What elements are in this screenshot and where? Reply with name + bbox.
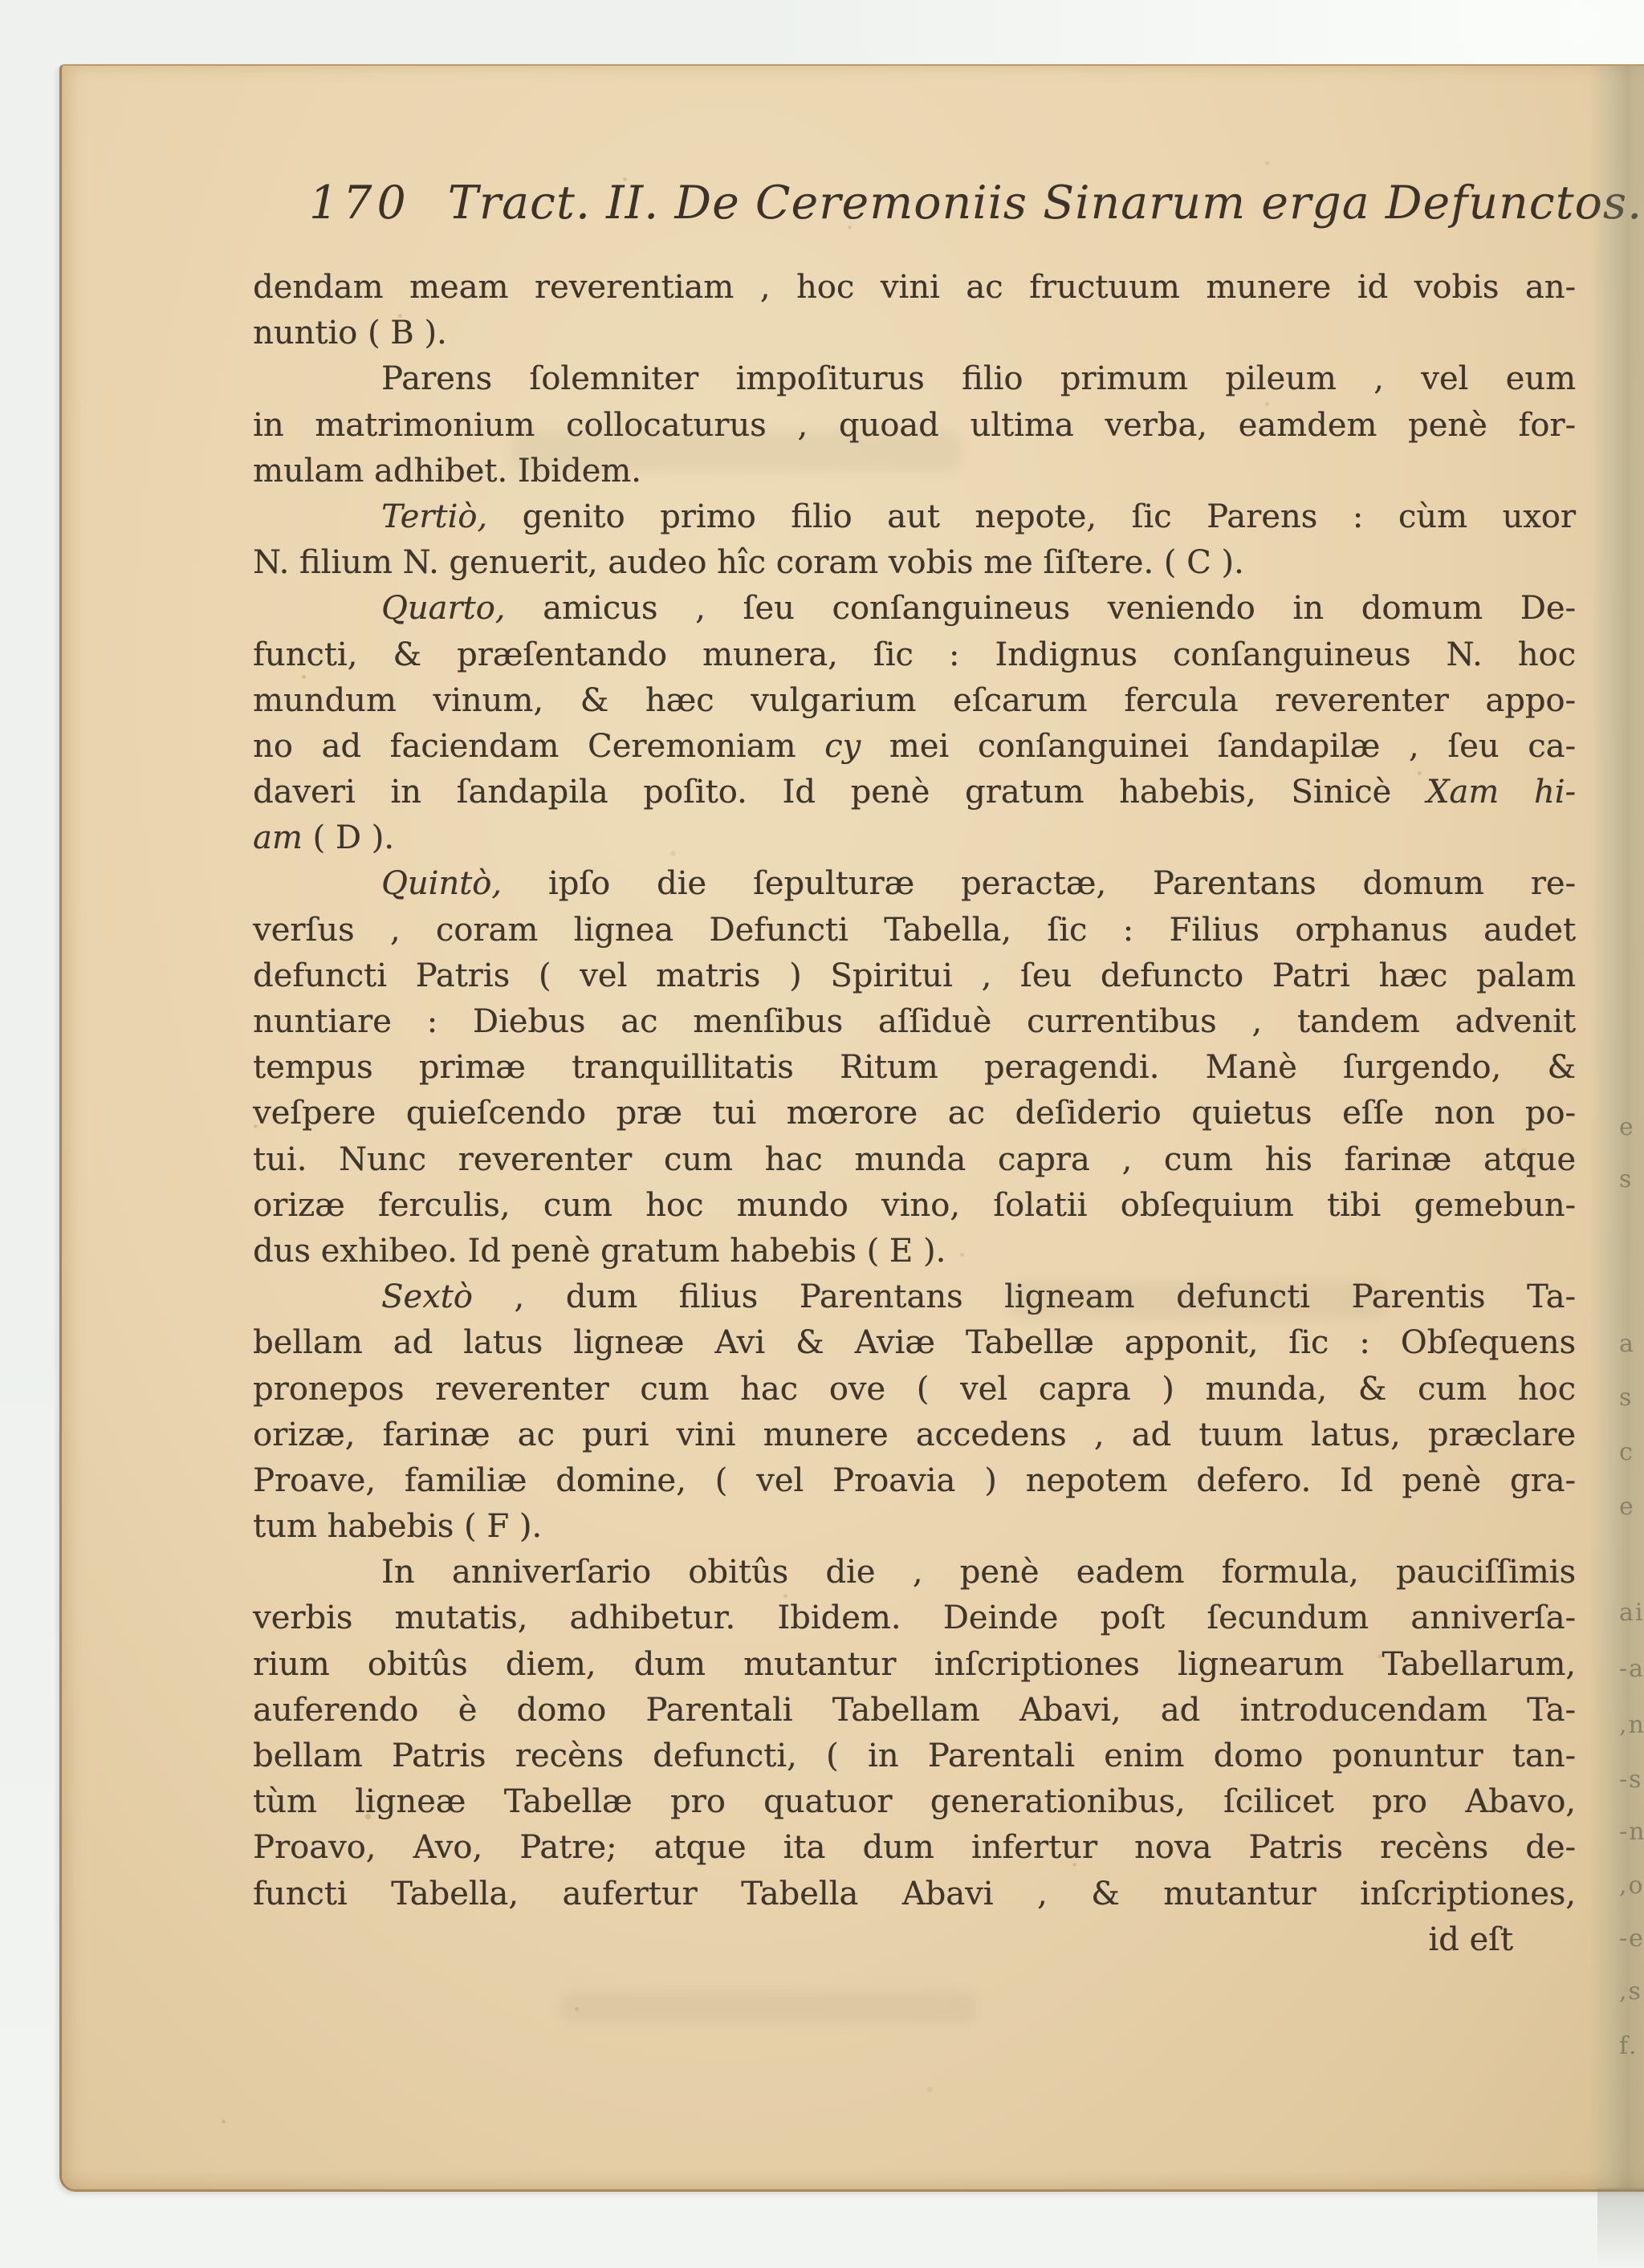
text-run: ipſo die ſepulturæ peractæ, Parentans do…	[502, 865, 1576, 902]
show-through-smudge	[560, 1990, 977, 2024]
text-run: tempus primæ tranquillitatis Ritum perag…	[253, 1049, 1576, 1086]
text-run: nuntio ( B ).	[253, 315, 447, 352]
body-text: dendam meam reverentiam , hoc vini ac fr…	[253, 265, 1576, 1963]
text-run: mulam adhibet. Ibidem.	[253, 453, 641, 490]
text-line: functi Tabella, aufertur Tabella Abavi ,…	[253, 1872, 1576, 1917]
text-run: verbis mutatis, adhibetur. Ibidem. Deind…	[253, 1599, 1576, 1636]
bleed-fragment: a	[1619, 1330, 1635, 1358]
text-line: orizæ ferculis, cum hoc mundo vino, ſola…	[253, 1183, 1576, 1229]
text-run: functi Tabella, aufertur Tabella Abavi ,…	[253, 1876, 1576, 1912]
text-line: dendam meam reverentiam , hoc vini ac fr…	[253, 265, 1576, 311]
text-run: tum habebis ( F ).	[253, 1508, 542, 1545]
text-line: veſpere quieſcendo præ tui mœrore ac deſ…	[253, 1091, 1576, 1136]
text-run: no ad faciendam Ceremoniam	[253, 728, 824, 765]
text-run: dendam meam reverentiam , hoc vini ac fr…	[253, 269, 1576, 306]
text-line: Sextò , dum filius Parentans ligneam def…	[253, 1274, 1576, 1320]
text-line: Parens ſolemniter impoſiturus filio prim…	[253, 356, 1576, 402]
text-run: , dum filius Parentans ligneam defuncti …	[473, 1278, 1576, 1315]
text-run: genito primo filio aut nepote, ſic Paren…	[487, 498, 1576, 535]
text-line: auferendo è domo Parentali Tabellam Abav…	[253, 1688, 1576, 1734]
text-run: id eſt	[1428, 1921, 1513, 1958]
text-run: Proavo, Avo, Patre; atque ita dum infert…	[253, 1829, 1576, 1866]
text-run: In anniverſario obitûs die , penè eadem …	[381, 1554, 1576, 1591]
text-run: tui. Nunc reverenter cum hac munda capra…	[253, 1141, 1576, 1178]
text-run: orizæ ferculis, cum hoc mundo vino, ſola…	[253, 1187, 1576, 1224]
text-run: Quintò,	[381, 865, 502, 902]
text-run: Proave, familiæ domine, ( vel Proavia ) …	[253, 1462, 1576, 1499]
text-run: in matrimonium collocaturus , quoad ulti…	[253, 407, 1576, 444]
text-run: Tertiò,	[381, 498, 487, 535]
text-line: pronepos reverenter cum hac ove ( vel ca…	[253, 1367, 1576, 1412]
text-line: tùm ligneæ Tabellæ pro quatuor generatio…	[253, 1779, 1576, 1825]
text-line: Proavo, Avo, Patre; atque ita dum infert…	[253, 1825, 1576, 1871]
text-run: rium obitûs diem, dum mutantur inſcripti…	[253, 1646, 1576, 1683]
bleed-fragment: ,s	[1619, 1977, 1642, 2006]
text-run: auferendo è domo Parentali Tabellam Abav…	[253, 1692, 1576, 1729]
gutter-shadow-tail	[1597, 2188, 1644, 2268]
text-run: am	[253, 819, 303, 856]
text-line: mulam adhibet. Ibidem.	[253, 449, 1576, 494]
page-number: 170	[309, 177, 411, 230]
bleed-fragment: ,o	[1619, 1872, 1644, 1900]
text-run: defuncti Patris ( vel matris ) Spiritui …	[253, 957, 1576, 994]
text-line: tum habebis ( F ).	[253, 1504, 1576, 1550]
text-line: verſus , coram lignea Defuncti Tabella, …	[253, 908, 1576, 953]
text-run: dus exhibeo. Id penè gratum habebis ( E …	[253, 1233, 946, 1270]
text-run: tùm ligneæ Tabellæ pro quatuor generatio…	[253, 1783, 1576, 1820]
text-line: functi, & præſentando munera, ſic : Indi…	[253, 632, 1576, 678]
text-line: rium obitûs diem, dum mutantur inſcripti…	[253, 1642, 1576, 1688]
text-line: mundum vinum, & hæc vulgarium eſcarum fe…	[253, 678, 1576, 724]
text-line: am ( D ).	[253, 815, 1576, 861]
bleed-fragment: s	[1619, 1165, 1633, 1193]
bleed-fragment: ai	[1619, 1599, 1644, 1627]
text-run: daveri in ſandapila poſito. Id penè grat…	[253, 774, 1426, 811]
text-line: bellam Patris recèns defuncti, ( in Pare…	[253, 1734, 1576, 1779]
text-line: nuntio ( B ).	[253, 311, 1576, 356]
text-run: verſus , coram lignea Defuncti Tabella, …	[253, 912, 1576, 949]
text-line: In anniverſario obitûs die , penè eadem …	[253, 1550, 1576, 1595]
bleed-fragment: s	[1619, 1384, 1633, 1412]
text-run: nuntiare : Diebus ac menſibus aſſiduè cu…	[253, 1003, 1576, 1040]
text-run: orizæ, farinæ ac puri vini munere accede…	[253, 1416, 1576, 1453]
text-line: defuncti Patris ( vel matris ) Spiritui …	[253, 953, 1576, 999]
text-run: mei conſanguinei ſandapilæ , ſeu ca-	[861, 728, 1576, 765]
text-line: daveri in ſandapila poſito. Id penè grat…	[253, 770, 1576, 815]
bleed-fragment: -n	[1619, 1818, 1644, 1846]
text-run: ( D ).	[303, 819, 394, 856]
bleed-fragment: -s	[1619, 1766, 1643, 1794]
text-line: tempus primæ tranquillitatis Ritum perag…	[253, 1045, 1576, 1091]
text-line: Quarto, amicus , ſeu conſanguineus venie…	[253, 586, 1576, 632]
text-line: Tertiò, genito primo filio aut nepote, ſ…	[253, 494, 1576, 540]
text-run: amicus , ſeu conſanguineus veniendo in d…	[505, 590, 1576, 627]
text-line: N. filium N. genuerit, audeo hîc coram v…	[253, 540, 1576, 586]
bleed-fragment: f.	[1619, 2032, 1638, 2060]
running-header: 170Tract. II. De Ceremoniis Sinarum erga…	[309, 177, 1642, 234]
text-line: dus exhibeo. Id penè gratum habebis ( E …	[253, 1229, 1576, 1274]
text-run: Quarto,	[381, 590, 505, 627]
text-run: Parens ſolemniter impoſiturus filio prim…	[381, 360, 1576, 397]
bleed-fragment: -e	[1619, 1925, 1644, 1953]
text-line: bellam ad latus ligneæ Avi & Aviæ Tabell…	[253, 1320, 1576, 1366]
text-run: mundum vinum, & hæc vulgarium eſcarum fe…	[253, 682, 1576, 719]
catchword: id eſt	[253, 1917, 1576, 1963]
text-run: bellam Patris recèns defuncti, ( in Pare…	[253, 1738, 1576, 1774]
book-page-scan: 170Tract. II. De Ceremoniis Sinarum erga…	[59, 64, 1644, 2192]
text-run: Sextò	[381, 1278, 473, 1315]
text-run: functi, & præſentando munera, ſic : Indi…	[253, 636, 1576, 673]
text-line: nuntiare : Diebus ac menſibus aſſiduè cu…	[253, 999, 1576, 1045]
text-run: bellam ad latus ligneæ Avi & Aviæ Tabell…	[253, 1324, 1576, 1361]
bleed-fragment: ,n	[1619, 1711, 1644, 1739]
text-line: tui. Nunc reverenter cum hac munda capra…	[253, 1137, 1576, 1183]
text-run: pronepos reverenter cum hac ove ( vel ca…	[253, 1371, 1576, 1408]
text-run: N. filium N. genuerit, audeo hîc coram v…	[253, 544, 1244, 581]
text-line: no ad faciendam Ceremoniam cy mei conſan…	[253, 724, 1576, 770]
bleed-fragment: -a	[1619, 1655, 1644, 1683]
text-run: veſpere quieſcendo præ tui mœrore ac deſ…	[253, 1095, 1576, 1132]
text-line: Proave, familiæ domine, ( vel Proavia ) …	[253, 1458, 1576, 1504]
running-title: Tract. II. De Ceremoniis Sinarum erga De…	[448, 177, 1643, 230]
text-line: in matrimonium collocaturus , quoad ulti…	[253, 403, 1576, 449]
text-line: orizæ, farinæ ac puri vini munere accede…	[253, 1412, 1576, 1458]
text-line: Quintò, ipſo die ſepulturæ peractæ, Pare…	[253, 861, 1576, 907]
bleed-fragment: e	[1619, 1113, 1635, 1141]
text-run: Xam hi-	[1426, 774, 1576, 811]
text-line: verbis mutatis, adhibetur. Ibidem. Deind…	[253, 1595, 1576, 1641]
bleed-fragment: c	[1619, 1438, 1634, 1466]
bleed-fragment: e	[1619, 1493, 1635, 1521]
text-run: cy	[824, 728, 861, 765]
